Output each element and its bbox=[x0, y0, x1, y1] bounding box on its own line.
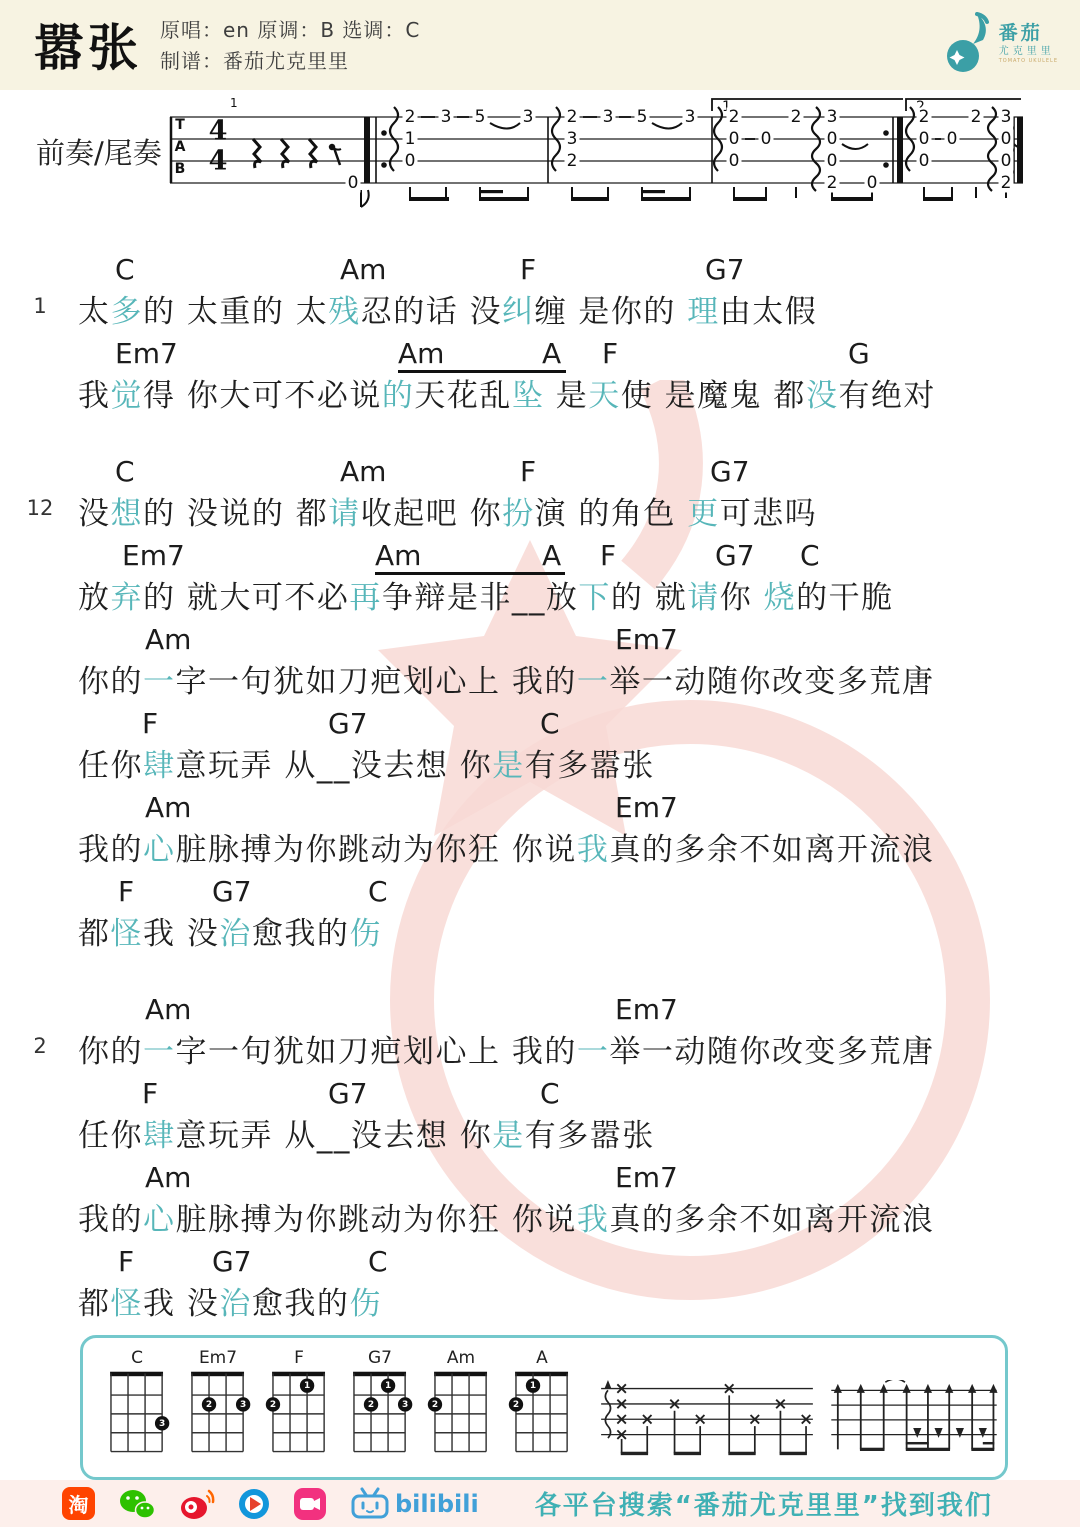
finger-number: 3 bbox=[159, 1419, 165, 1429]
tab-fret-number: 0 bbox=[827, 129, 838, 149]
lyric-highlight-char: 伤 bbox=[349, 916, 382, 952]
lyric-char: 任你 bbox=[78, 1118, 143, 1154]
lyric-highlight-char: 下 bbox=[578, 580, 611, 616]
chord-label: F bbox=[520, 455, 536, 488]
chord-row: CAmFG7 bbox=[0, 246, 1080, 286]
lyric-highlight-char: 是 bbox=[492, 748, 525, 784]
chord-label: C bbox=[115, 455, 135, 488]
bilibili-logo: bilibili bbox=[349, 1487, 479, 1521]
strum-pattern-2 bbox=[828, 1380, 1000, 1463]
lyric-char: 的 太重的 太 bbox=[143, 294, 328, 330]
lyric-char: 收起吧 你 bbox=[361, 496, 502, 532]
lyric-char: 得 你大可不必说 bbox=[143, 378, 382, 414]
chord-diagram-name: A bbox=[506, 1348, 578, 1368]
lyric-char: 字一句犹如刀疤划心上 我的 bbox=[176, 1034, 577, 1070]
logo-name-sub: 尤克里里 bbox=[999, 46, 1058, 57]
chord-grid: 12 bbox=[507, 1368, 577, 1458]
chord-label: G7 bbox=[212, 875, 252, 908]
intro-tab-section: 前奏/尾奏 T A bbox=[0, 95, 1080, 217]
lyric-line: AmEm7 我的心脏脉搏为你跳动为你狂 你说我真的多余不如离开流浪 bbox=[0, 784, 1080, 868]
chord-label: F bbox=[118, 875, 134, 908]
tab-fret-number: 3 bbox=[567, 129, 578, 149]
chord-label: A bbox=[542, 337, 561, 370]
chord-grid: 12 bbox=[264, 1368, 334, 1458]
chord-label: G7 bbox=[328, 707, 368, 740]
finger-number: 1 bbox=[385, 1381, 391, 1391]
lyric-char: 脏脉搏为你跳动为你狂 你说 bbox=[176, 1202, 577, 1238]
chord-label: Em7 bbox=[615, 1161, 678, 1194]
lyric-line: FG7C 都怪我 没治愈我的伤 bbox=[0, 1238, 1080, 1322]
time-sig-bottom: 4 bbox=[209, 146, 228, 177]
lyric-char: 缠 是你的 bbox=[535, 294, 688, 330]
chord-label: A bbox=[542, 539, 561, 572]
lyric-char: 的 就大可不必 bbox=[143, 580, 349, 616]
chord-label: F bbox=[142, 707, 158, 740]
chord-label: F bbox=[520, 253, 536, 286]
chord-label: G7 bbox=[710, 455, 750, 488]
chord-diagrams: C 3 Em7 23 F 12 G7 123 Am 2 A 12 bbox=[101, 1348, 578, 1462]
lyric-char: 演 的角色 bbox=[535, 496, 688, 532]
lyric-char: 愈我的 bbox=[252, 916, 350, 952]
chord-grid: 2 bbox=[426, 1368, 496, 1458]
mute-x-marks bbox=[617, 1384, 810, 1439]
finger-number: 1 bbox=[530, 1381, 536, 1391]
chord-label: Am bbox=[145, 791, 191, 824]
weibo-icon bbox=[179, 1487, 215, 1521]
final-bar bbox=[1017, 117, 1023, 183]
lyric-highlight-char: 怪 bbox=[111, 1286, 144, 1322]
eighth-rest bbox=[329, 144, 341, 165]
lyric-text: 都怪我 没治愈我的伤 bbox=[78, 916, 382, 952]
chord-label: Am bbox=[145, 993, 191, 1026]
chord-diagram-f: F 12 bbox=[263, 1348, 335, 1462]
tab-fret-number: 5 bbox=[475, 107, 486, 127]
tab-fret-number: 2 bbox=[791, 107, 802, 127]
chord-label: C bbox=[540, 1077, 560, 1110]
lyric-text: 我的心脏脉搏为你跳动为你狂 你说我真的多余不如离开流浪 bbox=[78, 1202, 934, 1238]
lyric-highlight-char: 坠 bbox=[512, 378, 545, 414]
lyric-line: CAmFG7 1 太多的 太重的 太残忍的话 没纠缠 是你的 理由太假 bbox=[0, 246, 1080, 330]
eighth-note-flag bbox=[361, 190, 369, 207]
lyric-char: 你的 bbox=[78, 1034, 143, 1070]
lyric-highlight-char: 我 bbox=[577, 832, 610, 868]
tab-fret-number: 2 bbox=[729, 107, 740, 127]
lyric-text: 任你肆意玩弄 从__没去想 你是有多嚣张 bbox=[78, 1118, 655, 1154]
chord-diagram-em7: Em7 23 bbox=[182, 1348, 254, 1462]
chord-label: G7 bbox=[705, 253, 745, 286]
tab-letter-a: A bbox=[175, 139, 186, 155]
lyric-text: 你的一字一句犹如刀疤划心上 我的一举一动随你改变多荒唐 bbox=[78, 1034, 934, 1070]
chord-row: FG7C bbox=[0, 1070, 1080, 1110]
lyric-char: 举一动随你改变多荒唐 bbox=[609, 664, 934, 700]
chord-label: Am bbox=[340, 455, 386, 488]
lyric-char: 有多嚣张 bbox=[525, 748, 655, 784]
tab-fret-number: 0 bbox=[827, 151, 838, 171]
tencent-video-icon bbox=[237, 1487, 271, 1521]
lyric-char: 意玩弄 从__没去想 你 bbox=[176, 748, 493, 784]
chord-grid: 23 bbox=[183, 1368, 253, 1458]
lyric-highlight-char: 的 bbox=[382, 378, 415, 414]
taobao-icon: 淘 bbox=[62, 1487, 95, 1520]
lyric-line: CAmFG7 12 没想的 没说的 都请收起吧 你扮演 的角色 更可悲吗 bbox=[0, 448, 1080, 532]
chord-diagram-name: G7 bbox=[344, 1348, 416, 1368]
lyric-highlight-char: 一 bbox=[577, 664, 610, 700]
chord-row: FG7C bbox=[0, 1238, 1080, 1278]
lyric-char: 的 没说的 都 bbox=[143, 496, 328, 532]
finger-number: 3 bbox=[240, 1400, 246, 1410]
tab-letter-t: T bbox=[175, 117, 185, 133]
lyric-text: 没想的 没说的 都请收起吧 你扮演 的角色 更可悲吗 bbox=[78, 496, 817, 532]
tab-fret-number: 2 bbox=[827, 173, 838, 193]
tab-notation: T A B 4 4 1 bbox=[168, 95, 1023, 217]
chord-label: G7 bbox=[328, 1077, 368, 1110]
logo-name-cn: 番茄 bbox=[999, 23, 1058, 44]
lyric-char: 任你 bbox=[78, 748, 143, 784]
chord-label: Em7 bbox=[615, 791, 678, 824]
lyric-char: 我 没 bbox=[143, 1286, 219, 1322]
lyric-highlight-char: 弃 bbox=[111, 580, 144, 616]
chord-row: FG7C bbox=[0, 700, 1080, 740]
lyric-line: AmEm7 你的一字一句犹如刀疤划心上 我的一举一动随你改变多荒唐 bbox=[0, 616, 1080, 700]
bilibili-tv-icon bbox=[349, 1487, 391, 1521]
chord-grid: 123 bbox=[345, 1368, 415, 1458]
tab-fret-number: 0 bbox=[405, 151, 416, 171]
tab-fret-number: 3 bbox=[827, 107, 838, 127]
lyric-char: 举一动随你改变多荒唐 bbox=[609, 1034, 934, 1070]
lyric-highlight-char: 多 bbox=[111, 294, 144, 330]
lyric-highlight-char: 一 bbox=[577, 1034, 610, 1070]
tab-fret-number: 0 bbox=[947, 129, 958, 149]
tab-fret-number: 0 bbox=[729, 151, 740, 171]
chord-diagram-box: C 3 Em7 23 F 12 G7 123 Am 2 A 12 bbox=[80, 1335, 1008, 1480]
chord-label: C bbox=[368, 875, 388, 908]
chord-label: Em7 bbox=[122, 539, 185, 572]
finger-number: 2 bbox=[206, 1400, 212, 1410]
tab-fret-number: 0 bbox=[919, 129, 930, 149]
lyric-highlight-char: 一 bbox=[143, 664, 176, 700]
verse-marker: 2 bbox=[14, 1034, 66, 1058]
measure-number: 1 bbox=[230, 96, 238, 110]
repeat-end-bar bbox=[897, 117, 903, 183]
chord-label: C bbox=[800, 539, 820, 572]
lyric-char: 都 bbox=[78, 1286, 111, 1322]
tab-fret-number: 2 bbox=[567, 151, 578, 171]
lyric-line: Em7AmAFG 我觉得 你大可不必说的天花乱坠 是天使 是魔鬼 都没有绝对 bbox=[0, 330, 1080, 414]
lyric-char: 可悲吗 bbox=[720, 496, 818, 532]
lyric-char: 放 bbox=[78, 580, 111, 616]
lyric-line: FG7C 任你肆意玩弄 从__没去想 你是有多嚣张 bbox=[0, 1070, 1080, 1154]
lyric-char: 意玩弄 从__没去想 你 bbox=[176, 1118, 493, 1154]
lyric-char: 争辩是非__放 bbox=[382, 580, 579, 616]
lyric-highlight-char: 肆 bbox=[143, 748, 176, 784]
chord-diagram-c: C 3 bbox=[101, 1348, 173, 1462]
tab-fret-number: 0 bbox=[1001, 151, 1012, 171]
tab-fret-number: 0 bbox=[919, 151, 930, 171]
lyric-highlight-char: 怪 bbox=[111, 916, 144, 952]
lyric-highlight-char: 更 bbox=[687, 496, 720, 532]
finger-number: 2 bbox=[270, 1400, 276, 1410]
tab-fret-number: 0 bbox=[348, 173, 359, 193]
lyric-char: 你的 bbox=[78, 664, 143, 700]
lyric-highlight-char: 再 bbox=[349, 580, 382, 616]
lyric-char: 字一句犹如刀疤划心上 我的 bbox=[176, 664, 577, 700]
chord-label: Am bbox=[375, 539, 421, 572]
lyric-highlight-char: 治 bbox=[219, 916, 252, 952]
chord-diagram-g7: G7 123 bbox=[344, 1348, 416, 1462]
chord-row: FG7C bbox=[0, 868, 1080, 908]
lyric-char: 真的多余不如离开流浪 bbox=[609, 1202, 934, 1238]
lyric-char: 太 bbox=[78, 294, 111, 330]
lyric-highlight-char: 心 bbox=[143, 832, 176, 868]
lyric-char: 有多嚣张 bbox=[525, 1118, 655, 1154]
intro-outro-label: 前奏/尾奏 bbox=[36, 131, 162, 172]
chord-label: C bbox=[368, 1245, 388, 1278]
chord-label: Am bbox=[145, 1161, 191, 1194]
lyric-highlight-char: 请 bbox=[328, 496, 361, 532]
lyric-line: AmEm7 我的心脏脉搏为你跳动为你狂 你说我真的多余不如离开流浪 bbox=[0, 1154, 1080, 1238]
lyric-highlight-char: 肆 bbox=[143, 1118, 176, 1154]
lyric-char: 我的 bbox=[78, 832, 143, 868]
lyric-char: 愈我的 bbox=[252, 1286, 350, 1322]
lyrics-section: CAmFG7 1 太多的 太重的 太残忍的话 没纠缠 是你的 理由太假 Em7A… bbox=[0, 246, 1080, 1322]
chord-label: G7 bbox=[212, 1245, 252, 1278]
footer: 淘 bbox=[0, 1480, 1080, 1527]
tab-fret-number: 3 bbox=[441, 107, 452, 127]
tab-fret-number: 0 bbox=[1001, 129, 1012, 149]
verse-marker: 12 bbox=[14, 496, 66, 520]
chord-sheet-page: 嚣张 原唱：en 原调：B 选调：C 制谱：番茄尤克里里 番茄 尤克里里 TOM… bbox=[0, 0, 1080, 1527]
chord-row: AmEm7 bbox=[0, 986, 1080, 1026]
tab-fret-number: 0 bbox=[761, 129, 772, 149]
lyric-highlight-char: 心 bbox=[143, 1202, 176, 1238]
finger-number: 1 bbox=[304, 1381, 310, 1391]
lyric-char: 我的 bbox=[78, 1202, 143, 1238]
lyric-char: 你 bbox=[720, 580, 764, 616]
tab-fret-number: 2 bbox=[971, 107, 982, 127]
logo-name-en: TOMATO UKULELE bbox=[999, 59, 1058, 65]
header: 嚣张 原唱：en 原调：B 选调：C 制谱：番茄尤克里里 番茄 尤克里里 TOM… bbox=[0, 0, 1080, 90]
lyric-char: 的干脆 bbox=[796, 580, 894, 616]
lyric-text: 我觉得 你大可不必说的天花乱坠 是天使 是魔鬼 都没有绝对 bbox=[78, 378, 936, 414]
lyric-char: 是 bbox=[544, 378, 588, 414]
chord-row: AmEm7 bbox=[0, 784, 1080, 824]
lyric-char: 使 是魔鬼 都 bbox=[621, 378, 806, 414]
lyric-char: 有绝对 bbox=[838, 378, 936, 414]
lyric-char: 脏脉搏为你跳动为你狂 你说 bbox=[176, 832, 577, 868]
chord-label: Em7 bbox=[115, 337, 178, 370]
video-play-icon bbox=[293, 1487, 327, 1521]
tab-fret-number: 3 bbox=[603, 107, 614, 127]
lyric-line: FG7C 任你肆意玩弄 从__没去想 你是有多嚣张 bbox=[0, 700, 1080, 784]
chord-label: F bbox=[118, 1245, 134, 1278]
tomato-ukulele-logo: 番茄 尤克里里 TOMATO UKULELE bbox=[941, 8, 1058, 80]
lyric-line: Em7AmAFG7C 放弃的 就大可不必再争辩是非__放下的 就请你 烧的干脆 bbox=[0, 532, 1080, 616]
chord-label: Am bbox=[145, 623, 191, 656]
tab-fret-number: 2 bbox=[567, 107, 578, 127]
tab-fret-number: 3 bbox=[523, 107, 534, 127]
lyric-text: 我的心脏脉搏为你跳动为你狂 你说我真的多余不如离开流浪 bbox=[78, 832, 934, 868]
lyric-text: 任你肆意玩弄 从__没去想 你是有多嚣张 bbox=[78, 748, 655, 784]
finger-number: 2 bbox=[513, 1400, 519, 1410]
chord-label: C bbox=[115, 253, 135, 286]
lyric-highlight-char: 残 bbox=[328, 294, 361, 330]
chord-grid: 3 bbox=[102, 1368, 172, 1458]
lyric-highlight-char: 觉 bbox=[111, 378, 144, 414]
finger-number: 3 bbox=[402, 1400, 408, 1410]
chord-label: Em7 bbox=[615, 993, 678, 1026]
lyric-char: 我 bbox=[78, 378, 111, 414]
tab-fret-number: 0 bbox=[729, 129, 740, 149]
tab-fret-number: 3 bbox=[1001, 107, 1012, 127]
lyric-line: AmEm7 2 你的一字一句犹如刀疤划心上 我的一举一动随你改变多荒唐 bbox=[0, 986, 1080, 1070]
lyric-highlight-char: 我 bbox=[577, 1202, 610, 1238]
quarter-rests bbox=[253, 139, 317, 168]
song-meta: 原唱：en 原调：B 选调：C 制谱：番茄尤克里里 bbox=[160, 15, 420, 77]
tab-fret-number: 0 bbox=[867, 173, 878, 193]
lyric-highlight-char: 请 bbox=[687, 580, 720, 616]
tab-fret-number: 2 bbox=[1001, 173, 1012, 193]
tomato-note-icon bbox=[941, 8, 993, 80]
repeat-begin-bar bbox=[364, 117, 370, 183]
chord-label: F bbox=[600, 539, 616, 572]
lyric-highlight-char: 一 bbox=[143, 1034, 176, 1070]
lyric-highlight-char: 想 bbox=[111, 496, 144, 532]
finger-number: 2 bbox=[432, 1400, 438, 1410]
chord-row: CAmFG7 bbox=[0, 448, 1080, 488]
bilibili-wordmark: bilibili bbox=[395, 1490, 479, 1518]
tab-fret-number: 2 bbox=[919, 107, 930, 127]
chord-label: F bbox=[142, 1077, 158, 1110]
chord-row: AmEm7 bbox=[0, 616, 1080, 656]
lyric-text: 太多的 太重的 太残忍的话 没纠缠 是你的 理由太假 bbox=[78, 294, 817, 330]
lyric-char: 忍的话 没 bbox=[361, 294, 502, 330]
lyric-highlight-char: 理 bbox=[687, 294, 720, 330]
lyric-char: 由太假 bbox=[720, 294, 818, 330]
finger-number: 2 bbox=[368, 1400, 374, 1410]
lyric-text: 放弃的 就大可不必再争辩是非__放下的 就请你 烧的干脆 bbox=[78, 580, 894, 616]
lyric-highlight-char: 天 bbox=[588, 378, 621, 414]
strum-patterns bbox=[596, 1378, 1000, 1464]
lyric-char: 真的多余不如离开流浪 bbox=[609, 832, 934, 868]
tab-letter-b: B bbox=[175, 161, 186, 177]
wechat-icon bbox=[117, 1487, 157, 1521]
chord-label: Em7 bbox=[615, 623, 678, 656]
chord-diagram-name: C bbox=[101, 1348, 173, 1368]
lyric-char: 的 就 bbox=[611, 580, 687, 616]
lyric-char: 都 bbox=[78, 916, 111, 952]
lyric-highlight-char: 没 bbox=[806, 378, 839, 414]
chord-label: G7 bbox=[715, 539, 755, 572]
chord-row: Em7AmAFG bbox=[0, 330, 1080, 370]
footer-search-text: 各平台搜索“番茄尤克里里”找到我们 bbox=[535, 1485, 993, 1522]
song-meta-line2: 制谱：番茄尤克里里 bbox=[160, 46, 420, 77]
chord-label: F bbox=[602, 337, 618, 370]
tab-fret-number: 3 bbox=[685, 107, 696, 127]
lyric-highlight-char: 治 bbox=[219, 1286, 252, 1322]
chord-diagram-name: Am bbox=[425, 1348, 497, 1368]
lyric-text: 你的一字一句犹如刀疤划心上 我的一举一动随你改变多荒唐 bbox=[78, 664, 934, 700]
song-meta-line1: 原唱：en 原调：B 选调：C bbox=[160, 15, 420, 46]
strum-pattern-1 bbox=[596, 1378, 818, 1464]
chord-diagram-am: Am 2 bbox=[425, 1348, 497, 1462]
chord-label: C bbox=[540, 707, 560, 740]
time-sig-top: 4 bbox=[209, 116, 228, 147]
lyric-line: FG7C 都怪我 没治愈我的伤 bbox=[0, 868, 1080, 952]
chord-label: Am bbox=[340, 253, 386, 286]
tab-fret-number: 2 bbox=[405, 107, 416, 127]
lyric-highlight-char: 扮 bbox=[502, 496, 535, 532]
verse-marker: 1 bbox=[14, 294, 66, 318]
lyric-highlight-char: 是 bbox=[492, 1118, 525, 1154]
lyric-char: 没 bbox=[78, 496, 111, 532]
tab-fret-number: 1 bbox=[405, 129, 416, 149]
up-strum-arrows bbox=[838, 1388, 994, 1449]
chord-row: Em7AmAFG7C bbox=[0, 532, 1080, 572]
lyric-highlight-char: 纠 bbox=[502, 294, 535, 330]
lyric-char: 天花乱 bbox=[414, 378, 512, 414]
song-title: 嚣张 bbox=[34, 8, 142, 80]
lyric-text: 都怪我 没治愈我的伤 bbox=[78, 1286, 382, 1322]
chord-label: G bbox=[848, 337, 870, 370]
chord-label: Am bbox=[398, 337, 444, 370]
chord-diagram-a: A 12 bbox=[506, 1348, 578, 1462]
chord-diagram-name: F bbox=[263, 1348, 335, 1368]
lyric-highlight-char: 伤 bbox=[349, 1286, 382, 1322]
tab-fret-number: 5 bbox=[637, 107, 648, 127]
chord-row: AmEm7 bbox=[0, 1154, 1080, 1194]
chord-diagram-name: Em7 bbox=[182, 1348, 254, 1368]
lyric-char: 我 没 bbox=[143, 916, 219, 952]
lyric-highlight-char: 烧 bbox=[764, 580, 797, 616]
